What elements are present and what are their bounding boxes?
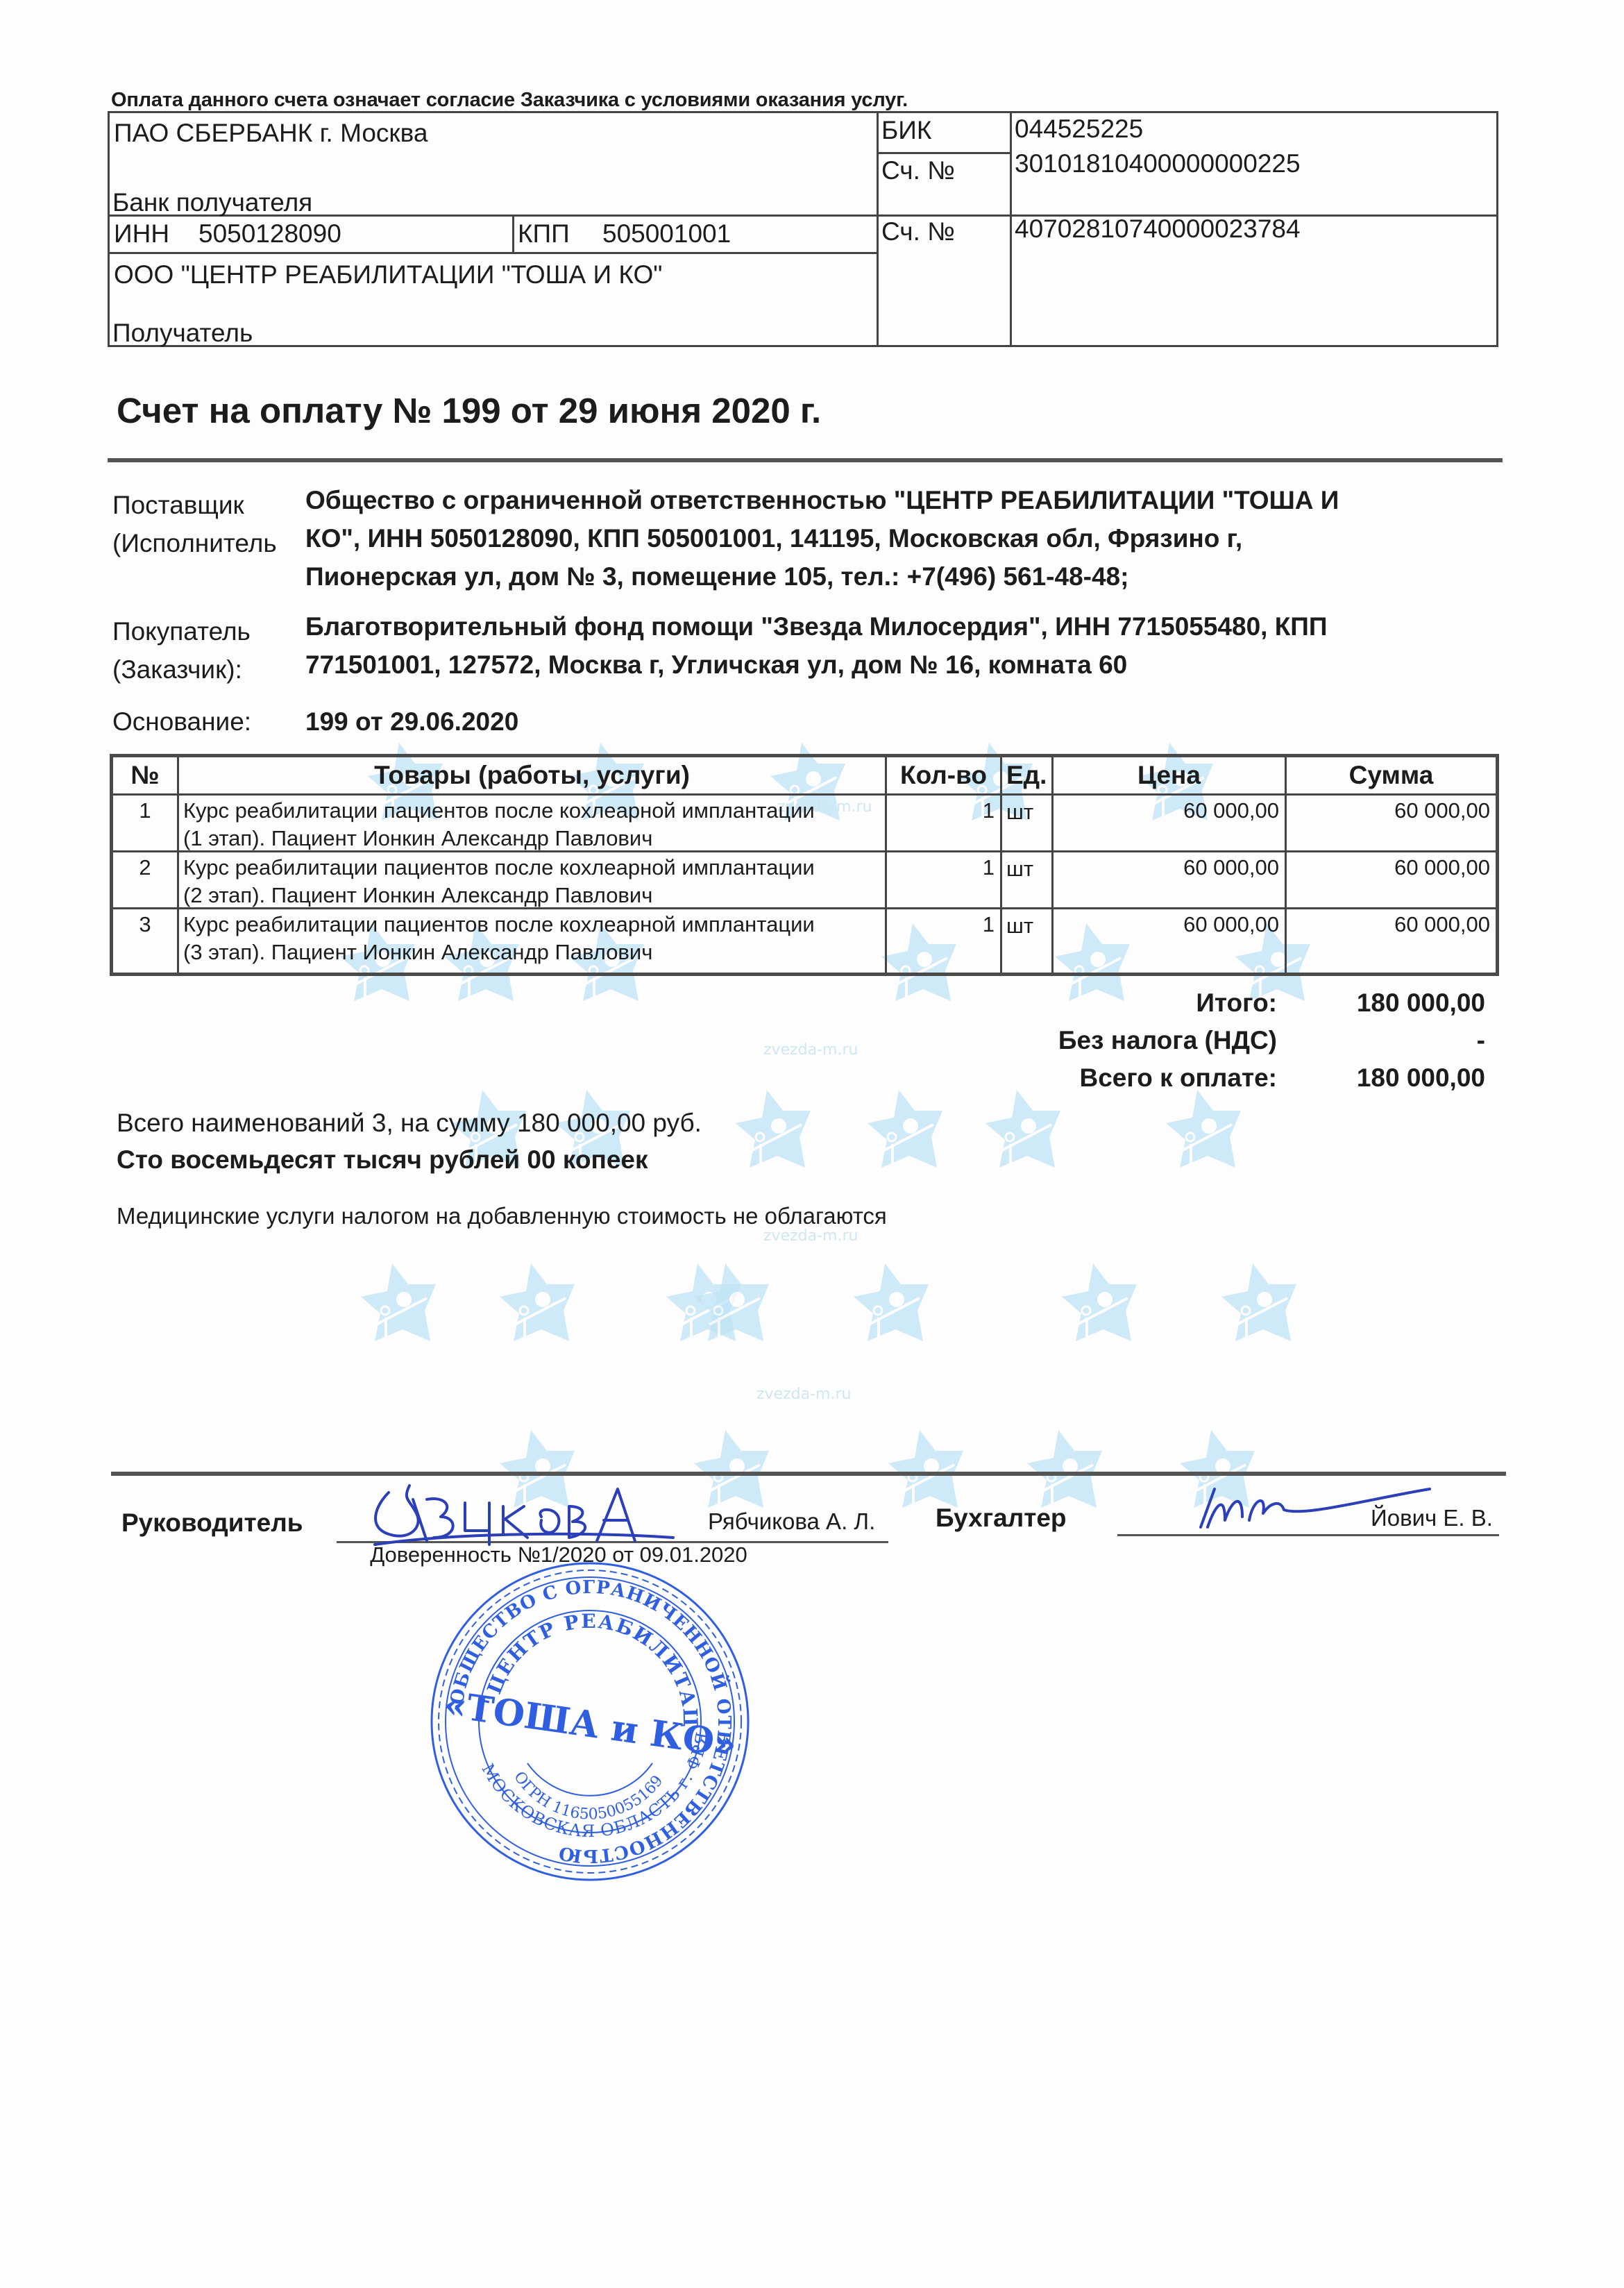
- watermark-star-icon: [1221, 1263, 1298, 1354]
- row-description-line2: (1 этап). Пациент Ионкин Александр Павло…: [183, 825, 652, 852]
- signature-divider: [111, 1472, 1506, 1476]
- accountant-signature-line: [1117, 1534, 1499, 1536]
- kpp-value: 505001001: [602, 219, 731, 249]
- items-table: № Товары (работы, услуги) Кол-во Ед. Цен…: [110, 754, 1499, 976]
- col-header-unit: Ед.: [1002, 757, 1056, 793]
- items-count-summary: Всего наименований 3, на сумму 180 000,0…: [117, 1109, 702, 1138]
- vat-value: -: [1277, 1026, 1485, 1055]
- watermark-star-icon: [694, 1263, 770, 1354]
- director-name: Рябчикова А. Л.: [708, 1508, 875, 1535]
- watermark-star-icon: [1062, 1263, 1138, 1354]
- watermark-star-icon: [854, 1263, 930, 1354]
- row-quantity: 1: [887, 797, 995, 825]
- watermark-star-icon: [986, 1090, 1062, 1180]
- row-description-line1: Курс реабилитации пациентов после кохлеа…: [183, 854, 815, 882]
- amount-due-label: Всего к оплате:: [861, 1063, 1277, 1093]
- kpp-label: КПП: [518, 219, 570, 249]
- recipient-name: ООО "ЦЕНТР РЕАБИЛИТАЦИИ "ТОША И КО": [114, 260, 662, 289]
- amount-in-words: Сто восемьдесят тысяч рублей 00 копеек: [117, 1145, 648, 1175]
- watermark-star-icon: [500, 1263, 576, 1354]
- row-sum: 60 000,00: [1287, 797, 1490, 825]
- accountant-signature: [1194, 1479, 1444, 1534]
- buyer-label: Покупатель (Заказчик):: [112, 612, 251, 689]
- vat-exemption-note: Медицинские услуги налогом на добавленну…: [117, 1203, 887, 1229]
- col-header-qty: Кол-во: [887, 757, 1000, 793]
- row-number: 1: [113, 797, 177, 825]
- watermark-star-icon: [868, 1090, 944, 1180]
- bank-caption: Банк получателя: [112, 188, 312, 217]
- bank-name: ПАО СБЕРБАНК г. Москва: [114, 119, 428, 148]
- title-divider: [108, 458, 1503, 462]
- corr-account-value: 30101810400000000225: [1015, 149, 1301, 178]
- row-unit: шт: [1006, 798, 1033, 826]
- row-quantity: 1: [887, 854, 995, 882]
- company-stamp: ОБЩЕСТВО С ОГРАНИЧЕННОЙ ОТВЕТСТВЕННОСТЬЮ…: [423, 1555, 756, 1888]
- row-price: 60 000,00: [1054, 911, 1279, 939]
- row-unit: шт: [1006, 855, 1033, 883]
- invoice-title: Счет на оплату № 199 от 29 июня 2020 г.: [117, 390, 821, 431]
- amount-due-value: 180 000,00: [1277, 1063, 1485, 1093]
- row-unit: шт: [1006, 912, 1033, 940]
- supplier-details: Общество с ограниченной ответственностью…: [305, 481, 1339, 596]
- row-number: 2: [113, 854, 177, 882]
- corr-account-label: Сч. №: [881, 156, 955, 185]
- col-header-goods: Товары (работы, услуги): [179, 757, 885, 793]
- watermark-site-text: zvezda-m.ru: [756, 1386, 851, 1403]
- inn-value: 5050128090: [198, 219, 341, 249]
- row-description-line1: Курс реабилитации пациентов после кохлеа…: [183, 911, 815, 939]
- bank-details-table: ПАО СБЕРБАНК г. Москва Банк получателя Б…: [108, 111, 1498, 347]
- col-header-price: Цена: [1054, 757, 1285, 793]
- row-price: 60 000,00: [1054, 854, 1279, 882]
- row-sum: 60 000,00: [1287, 911, 1490, 939]
- vat-label: Без налога (НДС): [861, 1026, 1277, 1055]
- supplier-label: Поставщик (Исполнитель: [112, 486, 277, 562]
- account-label: Сч. №: [881, 217, 955, 246]
- recipient-caption: Получатель: [112, 319, 253, 348]
- watermark-star-icon: [736, 1090, 812, 1180]
- bik-value: 044525225: [1015, 115, 1143, 144]
- row-number: 3: [113, 911, 177, 939]
- basis-label: Основание:: [112, 703, 251, 741]
- director-label: Руководитель: [121, 1508, 303, 1538]
- row-description-line2: (3 этап). Пациент Ионкин Александр Павло…: [183, 939, 652, 966]
- watermark-site-text: zvezda-m.ru: [763, 1227, 858, 1245]
- row-price: 60 000,00: [1054, 797, 1279, 825]
- basis-value: 199 от 29.06.2020: [305, 703, 518, 741]
- row-quantity: 1: [887, 911, 995, 939]
- col-header-sum: Сумма: [1287, 757, 1496, 793]
- total-label: Итого:: [861, 989, 1277, 1018]
- row-sum: 60 000,00: [1287, 854, 1490, 882]
- row-description-line2: (2 этап). Пациент Ионкин Александр Павло…: [183, 882, 652, 909]
- bik-label: БИК: [881, 116, 931, 145]
- watermark-star-icon: [666, 1263, 743, 1354]
- inn-label: ИНН: [114, 219, 169, 249]
- watermark-star-icon: [1166, 1090, 1242, 1180]
- director-signature: [361, 1479, 687, 1555]
- total-value: 180 000,00: [1277, 989, 1485, 1018]
- col-header-number: №: [113, 757, 177, 793]
- buyer-details: Благотворительный фонд помощи "Звезда Ми…: [305, 607, 1327, 684]
- account-value: 40702810740000023784: [1015, 214, 1301, 244]
- payment-notice: Оплата данного счета означает согласие З…: [111, 89, 908, 112]
- accountant-label: Бухгалтер: [936, 1504, 1067, 1533]
- row-description-line1: Курс реабилитации пациентов после кохлеа…: [183, 797, 815, 825]
- watermark-site-text: zvezda-m.ru: [763, 1041, 858, 1059]
- watermark-star-icon: [361, 1263, 437, 1354]
